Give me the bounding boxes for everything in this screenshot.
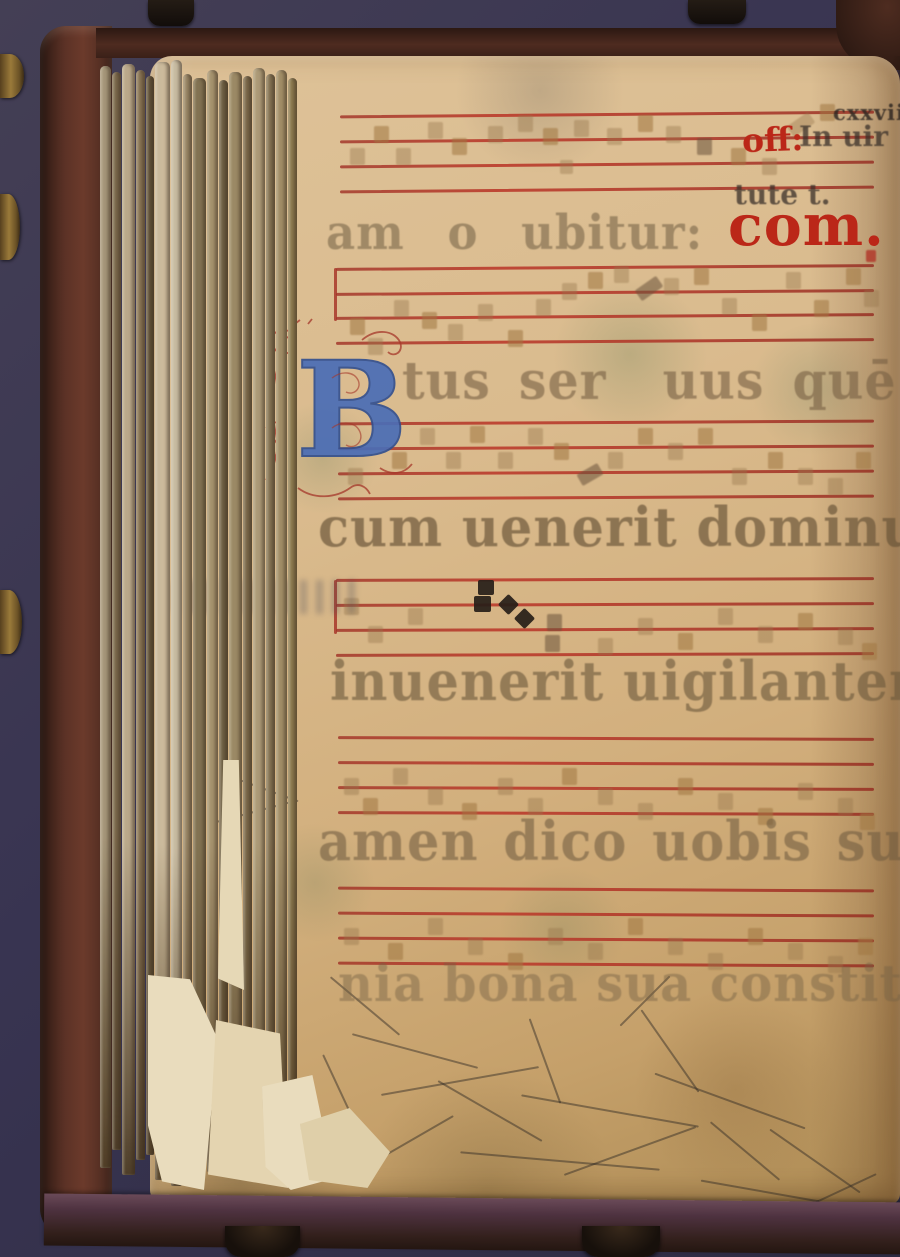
scratch-mark — [322, 1054, 358, 1127]
scratch-mark — [460, 1151, 659, 1170]
scratch-mark — [352, 1033, 478, 1069]
manuscript-photo: off: In uir cxxvii tute t. com. am o ubi… — [0, 0, 900, 1257]
initial-letter: B — [296, 333, 408, 488]
chant-text-previous-line: am o ubitur: — [326, 204, 703, 260]
scratch-mark — [654, 1073, 805, 1130]
offertory-rubric: off: — [741, 119, 804, 160]
scratch-mark — [381, 1066, 539, 1096]
communion-rubric: com. — [728, 192, 885, 259]
bottom-foot — [225, 1226, 300, 1257]
chant-text-line-3: inuenerit uigilantem — [330, 650, 900, 714]
scratch-mark — [241, 780, 298, 802]
scratch-mark — [521, 1094, 699, 1127]
scratch-mark — [438, 1080, 543, 1142]
illuminated-initial-b: B — [262, 318, 422, 514]
scratch-mark — [529, 1018, 562, 1103]
chant-text-line-4: amen dico uobis sup — [318, 810, 900, 874]
scratch-mark — [701, 1180, 820, 1203]
ink-showthrough-smudge — [172, 580, 362, 614]
scratch-mark — [769, 1129, 860, 1194]
book-cover-bottom-edge — [44, 1193, 900, 1254]
initial-b-artwork: B — [262, 318, 422, 514]
scratch-mark — [366, 1115, 454, 1167]
scratch-mark — [564, 1126, 696, 1176]
scratch-mark — [211, 802, 289, 825]
chant-text-line-5: nia bona sua constitu — [338, 954, 900, 1013]
bottom-foot — [582, 1226, 660, 1257]
chant-text-initial-line: tus ser uus quē — [402, 350, 897, 411]
folio-number: cxxvii — [833, 100, 900, 125]
